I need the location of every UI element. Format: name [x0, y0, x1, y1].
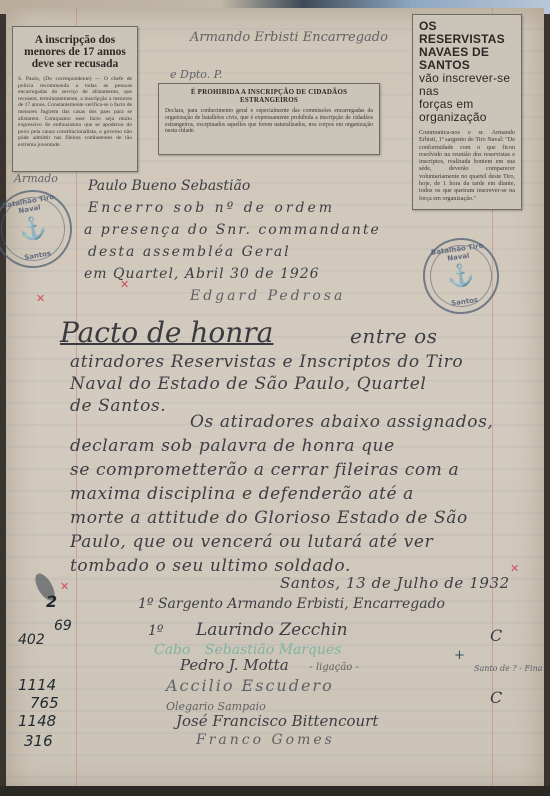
title-continuation: entre os — [350, 324, 438, 348]
place-date: Santos, 13 de Julho de 1932 — [280, 574, 510, 592]
clipping-body: Declara, para conhecimento geral e espec… — [165, 108, 373, 135]
signature-name: Laurindo Zecchin — [196, 620, 348, 640]
clipping-body: Communica-nos o sr. Armando Erbisti, 1º … — [419, 129, 515, 202]
headline-line: NAVAES DE SANTOS — [419, 46, 515, 72]
margin-number: 402 — [18, 632, 45, 648]
body-line: se comprometterão a cerrar fileiras com … — [70, 460, 459, 480]
signature-rank: 1º Sargento — [138, 596, 223, 612]
clipping-headline: OS RESERVISTAS NAVAES DE SANTOS vão insc… — [419, 20, 515, 124]
background-bottom — [0, 786, 550, 796]
annotation-line: Edgard Pedrosa — [190, 288, 345, 304]
margin-number: 316 — [24, 732, 53, 750]
signature: 1º Laurindo Zecchin — [148, 620, 348, 640]
annotation-line: Encerro sob nº de ordem — [88, 200, 335, 216]
red-x-mark: ✕ — [36, 292, 45, 305]
signature-name: Pedro J. Motta — [180, 656, 289, 674]
margin-note: + — [454, 648, 465, 663]
body-line: Paulo, que ou vencerá ou lutará até ver — [70, 532, 433, 552]
annotation-line: a presença do Snr. commandante — [84, 222, 381, 238]
top-note: e Dpto. P. — [170, 68, 222, 81]
headline-line: forças em organização — [419, 98, 515, 124]
red-x-mark: ✕ — [510, 562, 519, 575]
signature: 1º Sargento Armando Erbisti, Encarregado — [138, 596, 445, 612]
signature-name: Armando Erbisti, Encarregado — [227, 596, 445, 612]
intro-line: Naval do Estado de São Paulo, Quartel — [70, 374, 426, 394]
intro-line: de Santos. — [70, 396, 166, 416]
anchor-icon: ⚓ — [18, 216, 49, 242]
margin-number: 765 — [30, 694, 59, 712]
body-line: Os atiradores abaixo assignados, — [190, 412, 493, 432]
body-line: tombado o seu ultimo soldado. — [70, 556, 351, 576]
intro-line: atiradores Reservistas e Inscriptos do T… — [70, 352, 463, 372]
red-x-mark: ✕ — [60, 580, 69, 593]
margin-number: 2 — [46, 592, 57, 611]
anchor-icon: ⚓ — [446, 263, 476, 289]
body-line: declaram sob palavra de honra que — [70, 436, 395, 456]
left-fragment: Armado — [14, 172, 58, 185]
signature: José Francisco Bittencourt — [176, 712, 378, 730]
newspaper-clipping-minors: A inscripção dos menores de 17 annos dev… — [12, 26, 138, 172]
top-signature: Armando Erbisti Encarregado — [190, 30, 388, 45]
signature: Pedro J. Motta - ligação - — [180, 656, 359, 674]
margin-note: Santo de ? - Fina — [474, 664, 542, 673]
document-title: Pacto de honra — [60, 316, 273, 349]
body-line: maxima disciplina e defenderão até a — [70, 484, 414, 504]
signature: Accilio Escudero — [166, 676, 334, 695]
margin-number: 1114 — [18, 676, 56, 694]
signature-note: - ligação - — [309, 662, 358, 673]
newspaper-clipping-reservists: OS RESERVISTAS NAVAES DE SANTOS vão insc… — [412, 14, 522, 210]
signature-rank: 1º — [148, 623, 164, 639]
headline-line: OS RESERVISTAS — [419, 20, 515, 46]
margin-number: 69 — [54, 618, 72, 634]
margin-number: 1148 — [18, 712, 56, 730]
headline-line: vão inscrever-se nas — [419, 72, 515, 98]
newspaper-clipping-foreigners: É PROHIBIDA A INSCRIPÇÃO DE CIDADÃOS EST… — [158, 83, 380, 155]
signature: Franco Gomes — [196, 732, 335, 748]
margin-note: C — [490, 688, 502, 707]
clipping-headline: A inscripção dos menores de 17 annos dev… — [18, 34, 132, 70]
clipping-body: S. Paulo, (Do correspondente) — O chefe … — [18, 76, 132, 149]
annotation-line: Paulo Bueno Sebastião — [88, 178, 250, 194]
red-x-mark: ✕ — [120, 278, 129, 291]
margin-note: C — [490, 626, 502, 645]
clipping-headline: É PROHIBIDA A INSCRIPÇÃO DE CIDADÃOS EST… — [165, 88, 373, 104]
body-line: morte a attitude do Glorioso Estado de S… — [70, 508, 468, 528]
annotation-line: desta assembléa Geral — [88, 244, 291, 260]
